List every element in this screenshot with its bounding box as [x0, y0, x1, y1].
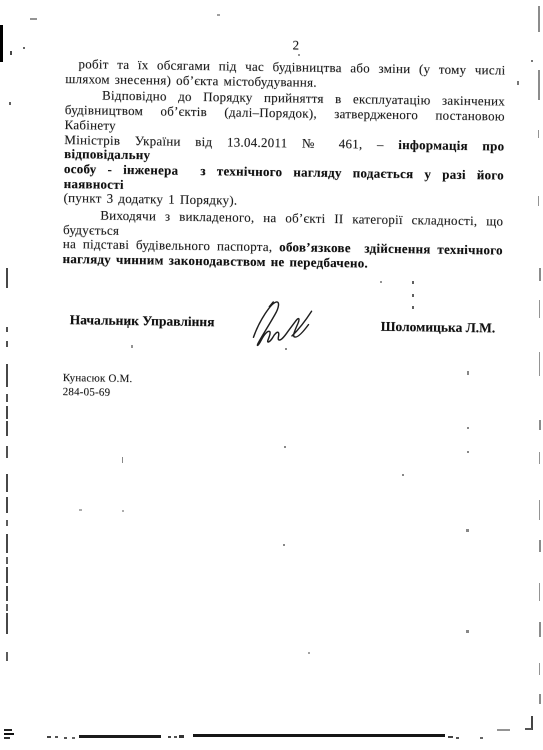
signatory-name: Шоломицька Л.М.	[381, 318, 496, 337]
scan-artifact	[284, 446, 286, 448]
scan-artifact	[0, 25, 3, 62]
scan-artifact	[6, 421, 8, 436]
scan-artifact	[6, 557, 8, 564]
scan-artifact	[538, 6, 540, 32]
scan-artifact	[6, 613, 8, 634]
scan-artifact	[47, 736, 51, 738]
scan-artifact	[298, 54, 300, 56]
scan-artifact	[217, 14, 220, 16]
scanned-document-page: 2 робіт та їх обсягами під час будівницт…	[0, 0, 543, 750]
paragraph: Відповідно до Порядку прийняття в експлу…	[63, 88, 505, 212]
scan-artifact	[380, 281, 382, 283]
scan-artifact	[480, 737, 483, 739]
scan-artifact	[467, 451, 469, 453]
scan-artifact	[55, 736, 58, 738]
scan-artifact	[131, 345, 133, 348]
scan-artifact	[539, 420, 541, 430]
scan-artifact	[539, 694, 541, 704]
scan-artifact	[497, 729, 510, 731]
scan-artifact	[6, 497, 8, 513]
scan-artifact	[412, 281, 414, 284]
scan-artifact	[466, 529, 469, 532]
scan-artifact	[193, 734, 445, 737]
scan-artifact	[6, 534, 8, 553]
scan-artifact	[6, 586, 8, 601]
scan-artifact	[79, 509, 82, 511]
scan-artifact	[538, 130, 539, 138]
scan-artifact	[412, 306, 414, 309]
scan-artifact	[6, 520, 8, 526]
scan-artifact	[174, 736, 177, 738]
scan-artifact	[308, 652, 310, 654]
scan-artifact	[6, 567, 8, 583]
scan-artifact	[539, 352, 540, 376]
signature-main-stroke	[253, 301, 308, 346]
scan-artifact	[448, 736, 453, 738]
scan-artifact	[539, 540, 541, 552]
scan-artifact	[539, 622, 541, 637]
scan-artifact	[531, 60, 533, 62]
scan-artifact	[283, 544, 285, 546]
scan-artifact	[168, 736, 171, 738]
document-text: робіт та їх обсягами під час будівництва…	[62, 57, 505, 273]
scan-artifact	[64, 737, 67, 739]
scan-artifact	[127, 324, 129, 328]
scan-artifact	[467, 371, 469, 375]
scan-artifact	[6, 341, 8, 347]
scan-artifact	[285, 348, 287, 350]
scan-artifact	[402, 474, 404, 476]
scan-artifact	[6, 406, 8, 419]
scan-artifact	[538, 196, 539, 206]
scan-artifact	[6, 652, 8, 661]
scan-artifact	[412, 294, 414, 297]
scan-artifact	[517, 81, 519, 85]
scan-artifact	[4, 733, 14, 735]
scan-artifact	[4, 737, 10, 739]
scan-artifact	[30, 18, 37, 20]
scan-artifact	[539, 300, 540, 318]
scan-artifact	[122, 510, 124, 512]
scan-artifact	[10, 51, 12, 55]
scan-artifact	[6, 446, 8, 458]
scan-artifact	[525, 728, 532, 730]
scan-artifact	[539, 268, 541, 281]
page-number: 2	[66, 34, 506, 56]
scan-artifact	[456, 737, 459, 739]
scan-artifact	[6, 604, 8, 611]
scan-artifact	[9, 102, 11, 105]
scan-artifact	[538, 70, 540, 100]
scan-artifact	[6, 394, 8, 402]
scan-artifact	[6, 364, 8, 387]
scan-artifact	[23, 47, 25, 49]
scan-artifact	[179, 735, 184, 738]
executor-block: Кунасюк О.М. 284-05-69	[61, 371, 501, 406]
scan-artifact	[72, 737, 75, 739]
paragraph: Виходячи з викладеного, на об’єкті ІІ ка…	[62, 208, 503, 273]
document-content: 2 робіт та їх обсягами під час будівницт…	[61, 30, 506, 405]
scan-artifact	[4, 729, 12, 731]
scan-artifact	[466, 630, 469, 633]
scan-artifact	[6, 474, 8, 492]
scan-artifact	[539, 583, 540, 601]
scan-artifact	[539, 500, 540, 520]
scan-artifact	[6, 327, 8, 332]
scan-artifact	[6, 268, 8, 288]
scan-artifact	[467, 427, 469, 429]
signatory-title: Начальник Управління	[70, 311, 215, 330]
scan-artifact	[79, 735, 161, 738]
scan-artifact	[539, 452, 540, 464]
scan-artifact	[122, 457, 123, 463]
scan-artifact	[539, 663, 540, 675]
handwritten-signature	[245, 299, 338, 350]
